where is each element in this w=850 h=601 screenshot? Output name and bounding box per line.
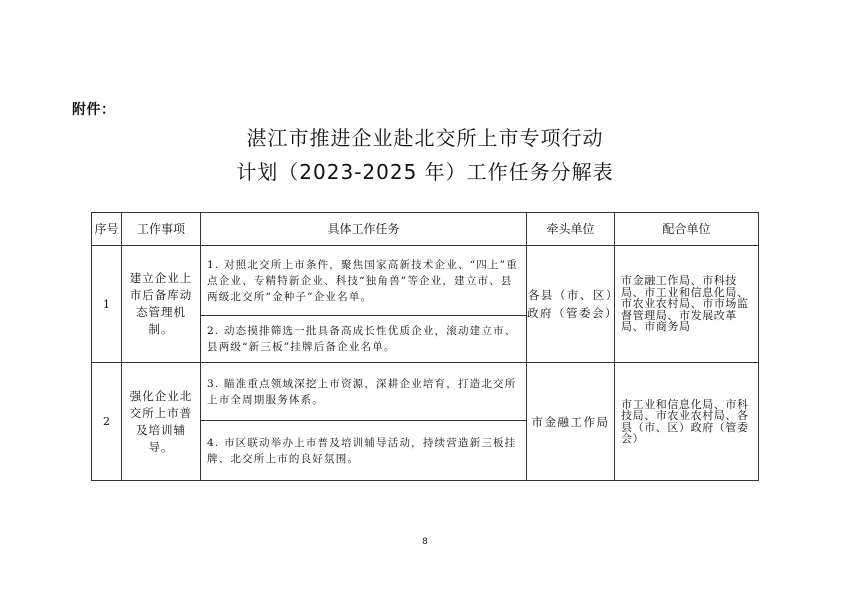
document-title-line1: 湛江市推进企业赴北交所上市专项行动 [0,122,850,151]
row-coop-units: 市工业和信息化局、市科技局、市农业农村局、各县（市、区）政府（管委会） [615,363,759,481]
row-lead-unit: 市金融工作局 [527,363,615,481]
row-item: 强化企业北交所上市普及培训辅导。 [122,363,201,481]
task-breakdown-table: 序号 工作事项 具体工作任务 牵头单位 配合单位 1 建立企业上市后备库动态管理… [91,212,759,481]
row-task: 2. 动态摸排筛选一批具备高成长性优质企业，滚动建立市、县两级“新三板”挂牌后备… [201,316,527,363]
row-lead-unit: 各县（市、区）政府（管委会） [527,246,615,363]
row-task: 4. 市区联动举办上市普及培训辅导活动，持续营造新三板挂牌、北交所上市的良好氛围… [201,421,527,481]
header-lead: 牵头单位 [527,213,615,246]
row-coop-units: 市金融工作局、市科技局、市工业和信息化局、市农业农村局、市市场监督管理局、市发展… [615,246,759,363]
header-item: 工作事项 [122,213,201,246]
row-task: 1. 对照北交所上市条件，聚焦国家高新技术企业、“四上”重点企业、专精特新企业、… [201,246,527,316]
header-coop: 配合单位 [615,213,759,246]
table-header-row: 序号 工作事项 具体工作任务 牵头单位 配合单位 [92,213,759,246]
row-item: 建立企业上市后备库动态管理机制。 [122,246,201,363]
document-title-line2: 计划（2023-2025 年）工作任务分解表 [0,156,850,185]
row-seq: 2 [92,363,122,481]
row-task: 3. 瞄准重点领域深挖上市资源，深耕企业培育，打造北交所上市全周期服务体系。 [201,363,527,421]
header-seq: 序号 [92,213,122,246]
header-task: 具体工作任务 [201,213,527,246]
page-number: 8 [0,537,850,547]
row-seq: 1 [92,246,122,363]
attachment-label: 附件： [72,99,116,119]
table-row: 2 强化企业北交所上市普及培训辅导。 3. 瞄准重点领域深挖上市资源，深耕企业培… [92,363,759,421]
table-row: 1 建立企业上市后备库动态管理机制。 1. 对照北交所上市条件，聚焦国家高新技术… [92,246,759,316]
